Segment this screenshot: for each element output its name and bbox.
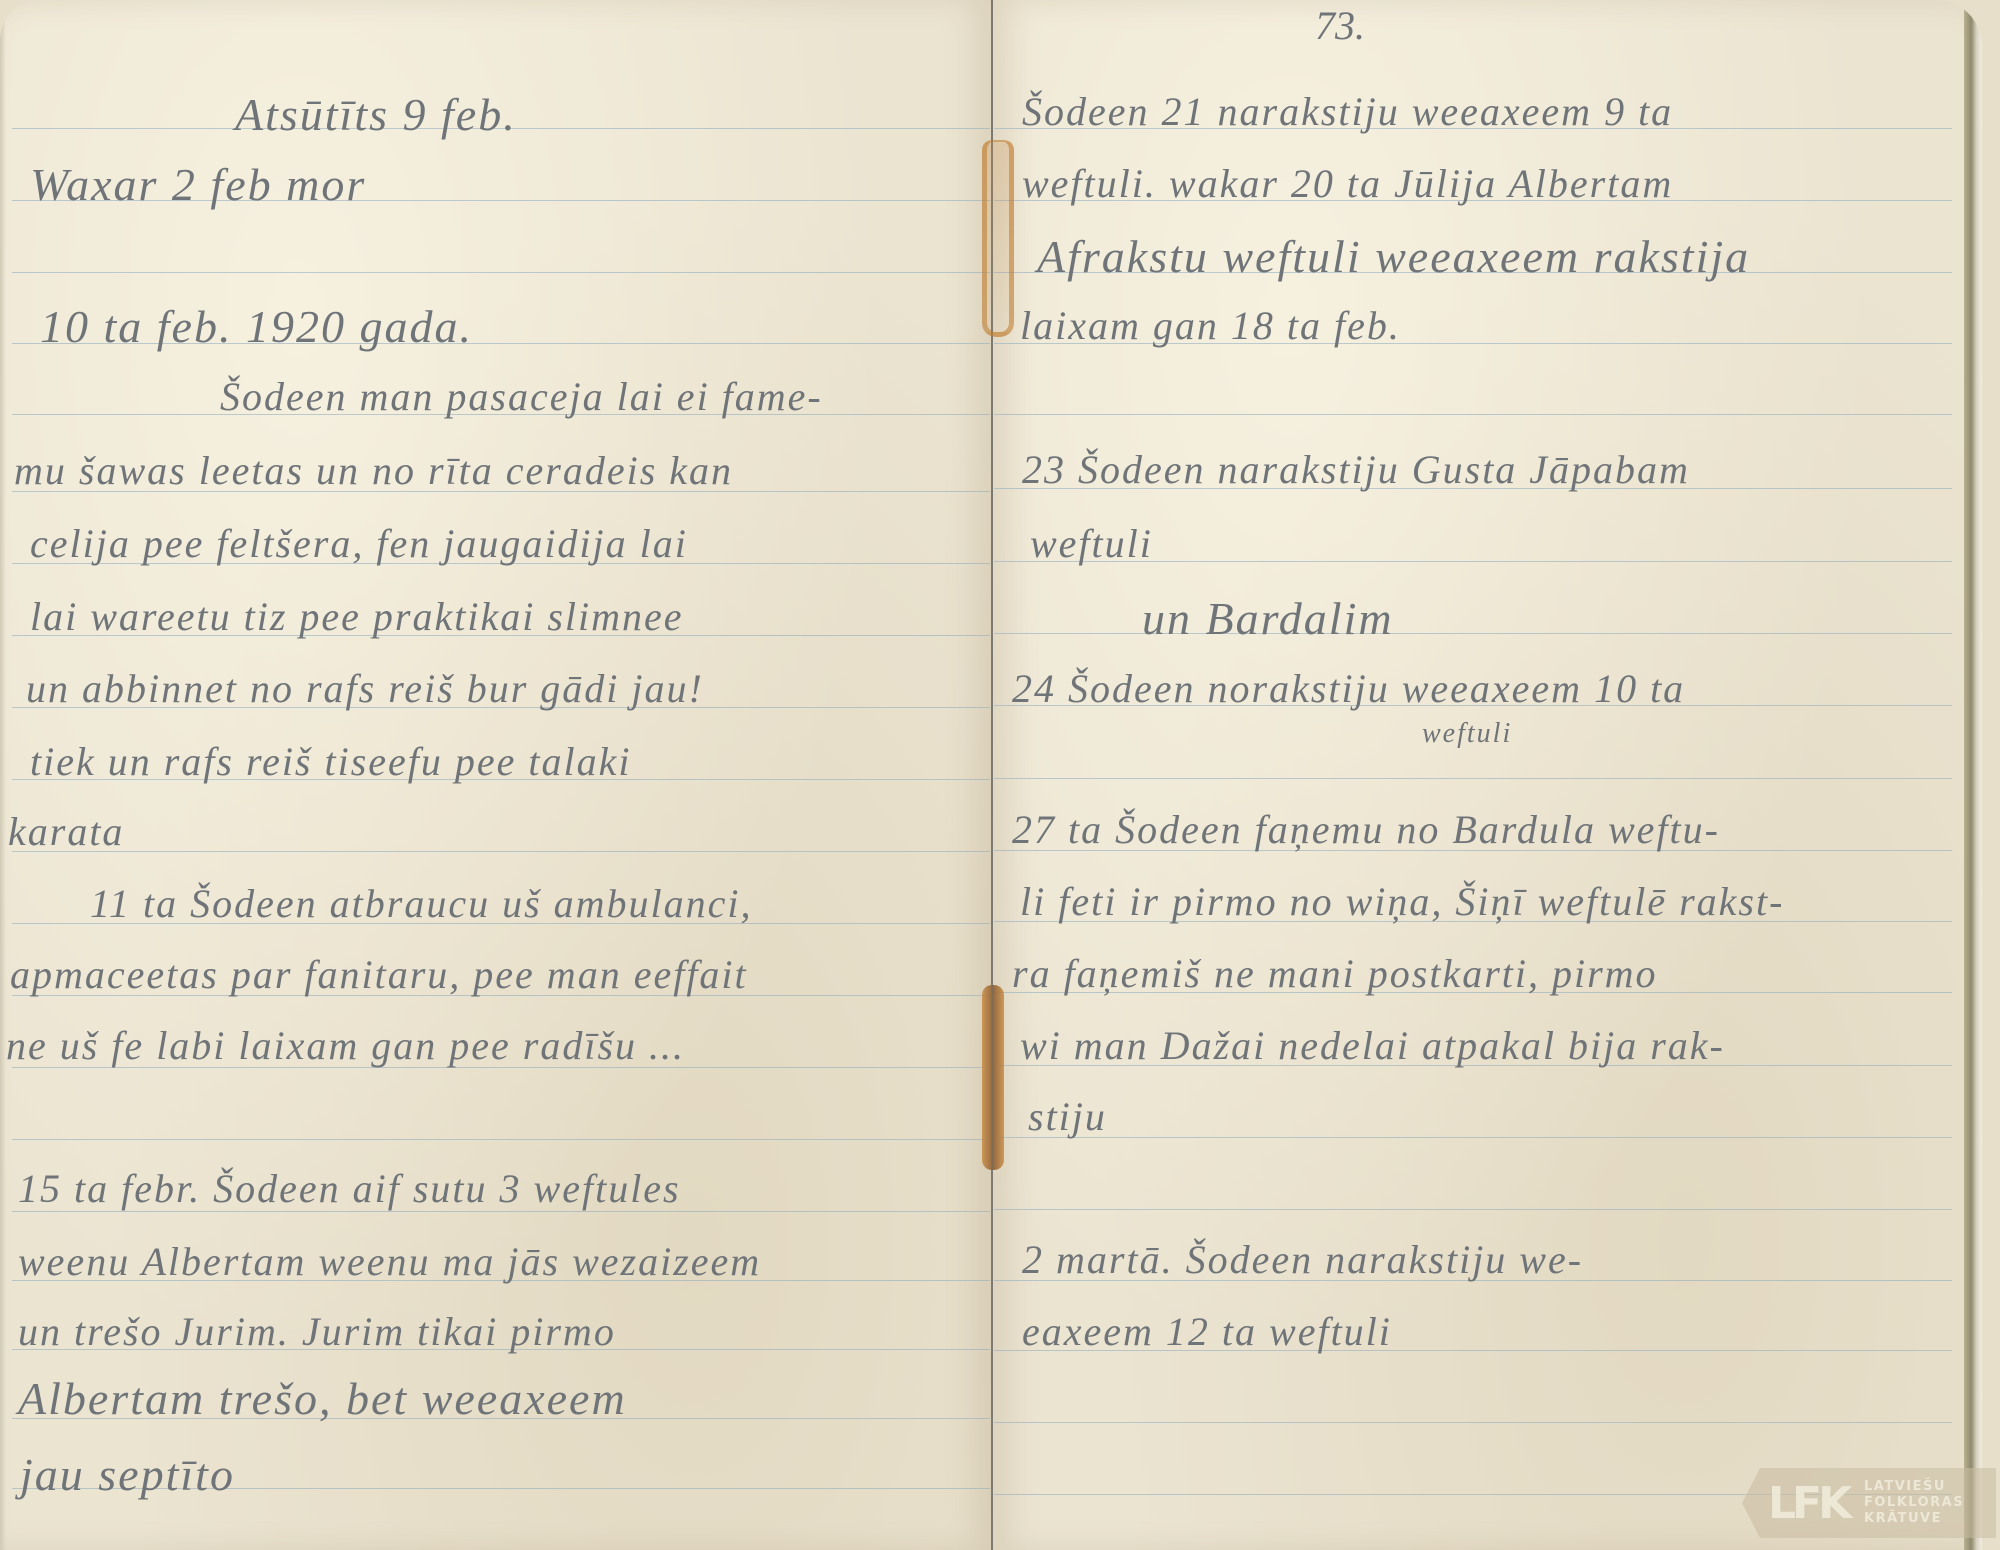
handwritten-line: laixam gan 18 ta feb. xyxy=(1020,302,1401,349)
notebook-spread: Atsūtīts 9 feb. Waxar 2 feb mor 10 ta fe… xyxy=(0,0,2000,1550)
page-number: 73. xyxy=(1315,2,1365,49)
handwritten-line: li feti ir pirmo no wiņa, Šiņī weftulē r… xyxy=(1020,878,1784,925)
handwritten-line: weftuli. wakar 20 ta Jūlija Albertam xyxy=(1022,160,1673,207)
ruling-line xyxy=(994,1422,1952,1423)
ruling-line xyxy=(12,1139,990,1140)
handwritten-heading: Atsūtīts 9 feb. xyxy=(235,88,517,141)
handwritten-line: karata xyxy=(8,808,124,855)
handwritten-date: 27 ta Šodeen faņemu no Bardula weftu- xyxy=(1012,806,1720,853)
handwritten-line: apmaceetas par fanitaru, pee man eeffait xyxy=(10,951,748,998)
ruling-line xyxy=(994,778,1952,779)
rust-stain xyxy=(982,140,1014,337)
handwritten-line: Šodeen 21 narakstiju weeaxeem 9 ta xyxy=(1022,88,1673,135)
handwritten-line: Šodeen man pasaceja lai ei fame- xyxy=(220,373,823,420)
handwritten-line: weftuli xyxy=(1422,718,1512,750)
watermark-text: LATVIEŠU FOLKLORAS KRĀTUVE xyxy=(1864,1479,1964,1527)
handwritten-date: 11 ta Šodeen atbraucu uš ambulanci, xyxy=(90,880,753,927)
watermark-line: KRĀTUVE xyxy=(1864,1511,1964,1527)
archive-watermark-logo: LFK LATVIEŠU FOLKLORAS KRĀTUVE xyxy=(1742,1468,1996,1538)
handwritten-line: Waxar 2 feb mor xyxy=(30,158,366,211)
handwritten-line: un abbinnet no rafs reiš bur gādi jau! xyxy=(26,665,704,712)
handwritten-line: Afrakstu weftuli weeaxeem rakstija xyxy=(1037,230,1750,283)
handwritten-line: jau septīto xyxy=(20,1448,235,1501)
right-page: Šodeen 21 narakstiju weeaxeem 9 ta weftu… xyxy=(992,0,1982,1550)
handwritten-line: un trešo Jurim. Jurim tikai pirmo xyxy=(18,1308,616,1355)
handwritten-line: stiju xyxy=(1028,1093,1107,1140)
handwritten-date: 24 Šodeen norakstiju weeaxeem 10 ta xyxy=(1012,665,1685,712)
handwritten-line: tiek un rafs reiš tiseefu pee talaki xyxy=(30,738,632,785)
handwritten-line: eaxeem 12 ta weftuli xyxy=(1022,1308,1392,1355)
ruling-line xyxy=(12,851,990,852)
handwritten-line: un Bardalim xyxy=(1142,592,1394,645)
ruling-line xyxy=(994,414,1952,415)
watermark-line: LATVIEŠU xyxy=(1864,1479,1964,1495)
page-edge xyxy=(0,0,6,1550)
handwritten-line: weenu Albertam weenu ma jās wezaizeem xyxy=(18,1238,761,1285)
handwritten-line: lai wareetu tiz pee praktikai slimnee xyxy=(30,593,684,640)
ruling-line xyxy=(994,1209,1952,1210)
handwritten-date: 23 Šodeen narakstiju Gusta Jāpabam xyxy=(1022,446,1690,493)
handwritten-line: wi man Dažai nedelai atpakal bija rak- xyxy=(1020,1022,1725,1069)
lfk-logo-icon: LFK xyxy=(1768,1478,1860,1529)
handwritten-line: mu šawas leetas un no rīta ceradeis kan xyxy=(14,447,733,494)
ruling-line xyxy=(994,633,1952,634)
handwritten-line: ne uš fe labi laixam gan pee radīšu ... xyxy=(6,1022,685,1069)
handwritten-line: celija pee feltšera, fen jaugaidija lai xyxy=(30,520,688,567)
handwritten-line: Albertam trešo, bet weeaxeem xyxy=(18,1372,627,1425)
staple xyxy=(982,985,1004,1170)
page-edge xyxy=(1964,0,1982,1550)
handwritten-date: 10 ta feb. 1920 gada. xyxy=(40,300,473,353)
ruling-line xyxy=(12,272,990,273)
handwritten-date: 2 martā. Šodeen narakstiju we- xyxy=(1022,1236,1583,1283)
watermark-line: FOLKLORAS xyxy=(1864,1495,1964,1511)
ruling-line xyxy=(994,1137,1952,1138)
left-page: Atsūtīts 9 feb. Waxar 2 feb mor 10 ta fe… xyxy=(0,0,992,1550)
handwritten-line: ra faņemiš ne mani postkarti, pirmo xyxy=(1012,950,1658,997)
handwritten-date: 15 ta febr. Šodeen aif sutu 3 weftules xyxy=(18,1165,681,1212)
handwritten-line: weftuli xyxy=(1030,520,1153,567)
